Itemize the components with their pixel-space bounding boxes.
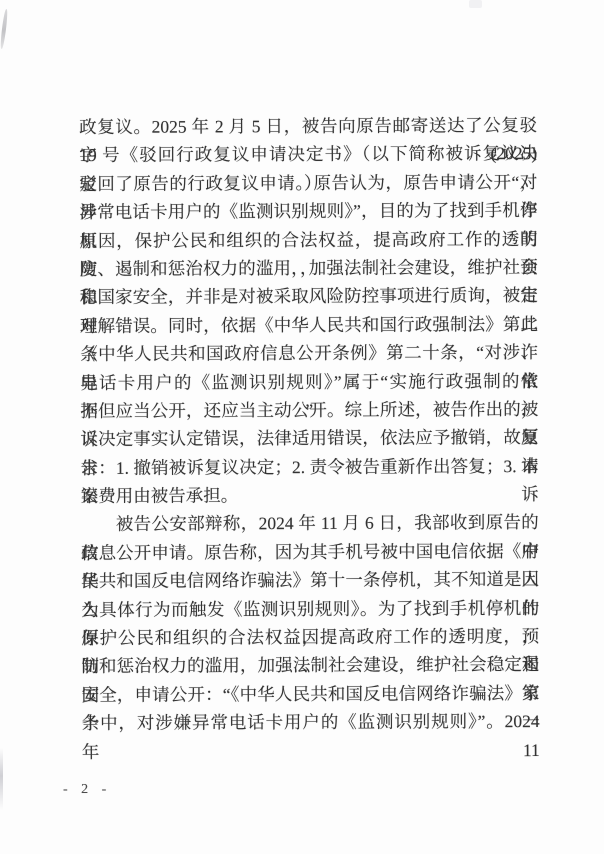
text-line: 不但应当公开，还应当主动公开。综上所述，被告作出的被诉复	[80, 395, 538, 425]
scan-artifact-top-right	[469, 0, 482, 8]
text-line: 原因，保护公民和组织的合法权益，提高政府工作的透明度，预	[79, 225, 537, 255]
document-page: 政复议。2025 年 2 月 5 日，被告向原告邮寄送达了公复驳字(2025) …	[0, 0, 604, 854]
text-line: 么具体行为而触发《监测识别规则》。为了找到手机停机的原因，	[81, 594, 539, 624]
text-line: 制和惩治权力的滥用，加强法制社会建设，维护社会稳定和国家	[81, 650, 539, 680]
text-line: 议决定事实认定错误，法律适用错误，依法应予撤销，故原告请	[80, 423, 538, 453]
text-line: 理解错误。同时，依据《中华人民共和国行政强制法》第二条、	[80, 310, 538, 340]
text-line: 民共和国反电信网络诈骗法》第十一条停机，其不知道是因为什	[81, 565, 539, 595]
text-line: 和国家安全，并非是对被采取风险防控事项进行质询，被告对此	[80, 281, 538, 311]
text-line: 条中，对涉嫌异常电话卡用户的《监测识别规则》”。2024 年 11	[82, 707, 540, 737]
text-line: 驳回了原告的行政复议申请。原告认为，原告申请公开“对涉诈	[79, 168, 537, 198]
text-line: 政复议。2025 年 2 月 5 日，被告向原告邮寄送达了公复驳字(2025)	[79, 111, 537, 141]
text-line: 信息公开申请。原告称，因为其手机号被中国电信依据《中华人	[81, 537, 539, 567]
scan-artifact-left-edge	[0, 748, 3, 810]
text-line: 被告公安部辩称，2024 年 11 月 6 日，我部收到原告的政府	[81, 508, 539, 538]
page-number: - 2 -	[63, 782, 111, 798]
scan-artifact-top-left	[0, 9, 8, 49]
text-line: 求：1. 撤销被诉复议决定；2. 责令被告重新作出答复；3. 本案诉	[80, 452, 538, 482]
text-line: 电话卡用户的《监测识别规则》”属于“实施行政强制的依据”，	[80, 367, 538, 397]
text-line: 19 号《驳回行政复议申请决定书》（以下简称被诉复议决定），	[79, 139, 537, 169]
text-line: 保护公民和组织的合法权益，提高政府工作的透明度，预防、遏	[81, 622, 539, 652]
text-line: 防、遏制和惩治权力的滥用，加强法制社会建设，维护社会稳定	[80, 253, 538, 283]
text-line: 异常电话卡用户的《监测识别规则》”，目的为了找到手机停机的	[79, 196, 537, 226]
text-line: 《中华人民共和国政府信息公开条例》第二十条，“对涉诈异常	[80, 338, 538, 368]
body-text: 政复议。2025 年 2 月 5 日，被告向原告邮寄送达了公复驳字(2025) …	[79, 111, 540, 738]
text-line: 安全，申请公开：“《中华人民共和国反电信网络诈骗法》第十一	[81, 679, 539, 709]
